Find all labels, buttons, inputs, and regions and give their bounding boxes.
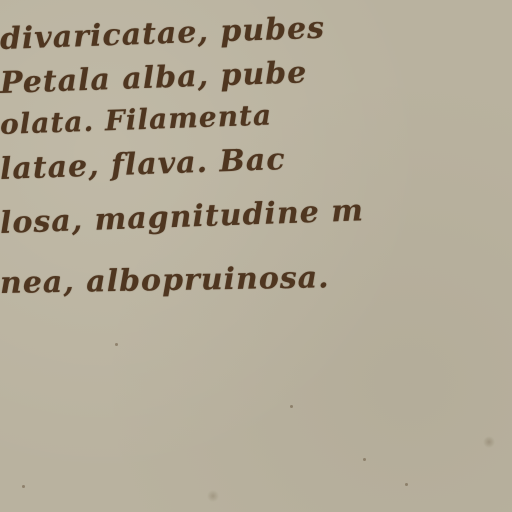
manuscript-line-5: losa, magnitudine m	[0, 193, 365, 241]
paper-speck	[363, 458, 366, 461]
manuscript-line-6: nea, albopruinosa.	[0, 260, 330, 301]
paper-speck	[290, 405, 293, 408]
paper-speck	[115, 343, 118, 346]
manuscript-line-3: olata. Filamenta	[0, 99, 273, 141]
manuscript-line-4: latae, flava. Bac	[0, 142, 286, 187]
manuscript-line-2: Petala alba, pube	[0, 55, 308, 101]
manuscript-line-1: divaricatae, pubes	[0, 11, 326, 57]
manuscript-page: divaricatae, pubes Petala alba, pube ola…	[0, 0, 512, 512]
paper-speck	[405, 483, 408, 486]
paper-speck	[22, 485, 25, 488]
